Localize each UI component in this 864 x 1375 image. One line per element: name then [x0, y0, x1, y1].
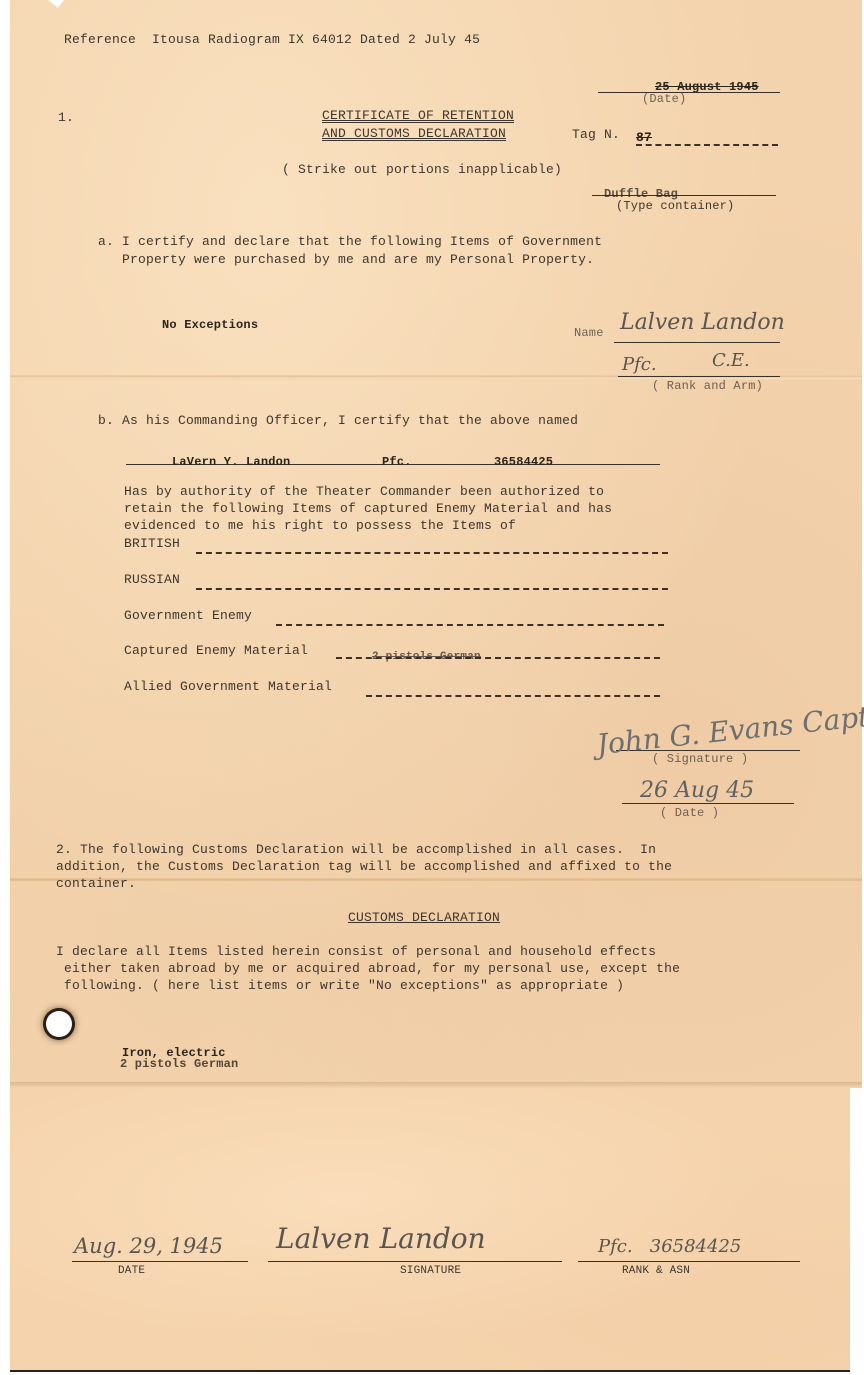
- reference-line: Reference Itousa Radiogram IX 64012 Date…: [64, 32, 480, 47]
- rank-handwritten-2: C.E.: [712, 350, 750, 371]
- field-russian-line: [196, 588, 668, 590]
- co-date-label: ( Date ): [660, 806, 719, 820]
- form-title-line1: CERTIFICATE OF RETENTION: [322, 108, 514, 123]
- para-a-line2: Property were purchased by me and are my…: [98, 252, 594, 267]
- container-label: (Type container): [616, 199, 734, 213]
- footer-rank-label: RANK & ASN: [622, 1265, 690, 1277]
- soldier-serial: 36584425: [494, 455, 553, 469]
- tag-line: [636, 144, 778, 146]
- section-number: 1.: [58, 110, 74, 125]
- field-captured-enemy-label: Captured Enemy Material: [124, 643, 308, 658]
- field-captured-enemy-value: 2 pistols German: [372, 651, 481, 663]
- customs-line3: following. ( here list items or write "N…: [56, 978, 624, 993]
- para-b-line1: b. As his Commanding Officer, I certify …: [98, 413, 578, 428]
- soldier-rank: Pfc.: [382, 455, 412, 469]
- rank-line: [618, 376, 780, 377]
- field-government-enemy-label: Government Enemy: [124, 608, 252, 623]
- field-allied-government-label: Allied Government Material: [124, 679, 332, 694]
- tag-value: 87: [636, 130, 652, 145]
- footer-rank-value: Pfc. 36584425: [598, 1236, 741, 1257]
- name-signature: Lalven Landon: [620, 310, 785, 335]
- para-b-line3: retain the following Items of captured E…: [124, 501, 612, 516]
- punch-hole-icon: [46, 1011, 72, 1037]
- co-signature-label: ( Signature ): [652, 752, 748, 766]
- footer-date-value: Aug. 29, 1945: [74, 1234, 223, 1258]
- para-b-line4: evidenced to me his right to possess the…: [124, 518, 516, 533]
- fold-crease: [10, 1082, 862, 1088]
- co-date: 26 Aug 45: [640, 778, 754, 803]
- date-label: (Date): [642, 92, 686, 106]
- footer-date-label: DATE: [118, 1265, 145, 1277]
- para-b-line2: Has by authority of the Theater Commande…: [124, 484, 604, 499]
- field-british-label: BRITISH: [124, 536, 180, 551]
- strike-note: ( Strike out portions inapplicable): [282, 162, 562, 177]
- customs-line1: I declare all Items listed herein consis…: [56, 944, 656, 959]
- para-2-line2: addition, the Customs Declaration tag wi…: [56, 859, 672, 874]
- name-line: [614, 342, 780, 343]
- field-british-line: [196, 552, 668, 554]
- field-allied-government-line: [366, 695, 660, 697]
- footer-signature-label: SIGNATURE: [400, 1265, 461, 1277]
- no-exceptions-text: No Exceptions: [162, 318, 258, 332]
- co-date-line: [622, 803, 794, 804]
- form-title-line2: AND CUSTOMS DECLARATION: [322, 126, 506, 141]
- footer-signature-value: Lalven Landon: [276, 1222, 486, 1255]
- tag-label: Tag N.: [572, 127, 620, 142]
- customs-title: CUSTOMS DECLARATION: [348, 910, 500, 925]
- fold-crease: [10, 878, 862, 882]
- para-2-line3: container.: [56, 876, 136, 891]
- name-label: Name: [574, 326, 604, 340]
- exception-item-2: 2 pistols German: [120, 1057, 238, 1071]
- soldier-name: LaVern Y. Landon: [172, 455, 290, 469]
- rank-handwritten-1: Pfc.: [622, 354, 657, 375]
- para-a-line1: a. I certify and declare that the follow…: [98, 234, 602, 249]
- rank-label: ( Rank and Arm): [652, 379, 763, 393]
- footer-rank-line: [578, 1261, 800, 1262]
- field-government-enemy-line: [276, 624, 664, 626]
- customs-line2: either taken abroad by me or acquired ab…: [56, 961, 680, 976]
- footer-date-line: [72, 1261, 248, 1262]
- footer-signature-line: [268, 1261, 562, 1262]
- field-russian-label: RUSSIAN: [124, 572, 180, 587]
- para-2-line1: 2. The following Customs Declaration wil…: [56, 842, 656, 857]
